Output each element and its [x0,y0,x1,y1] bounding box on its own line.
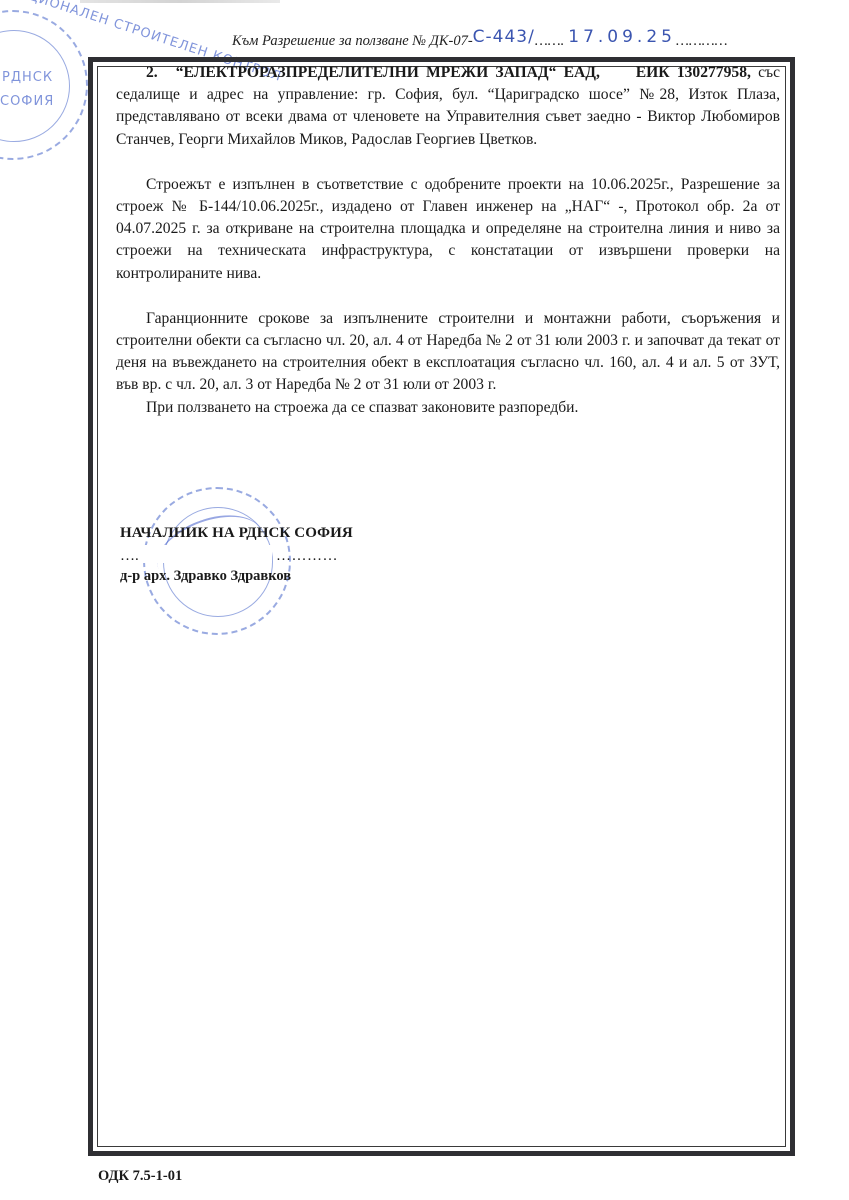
signature-dots-right: ………… [276,548,338,565]
paragraph-applicant: 2.“ЕЛЕКТРОРАЗПРЕДЕЛИТЕЛНИ МРЕЖИ ЗАПАД“ Е… [116,62,780,151]
signature-block: НАЧАЛНИК НА РДНСК СОФИЯ …. ………… д-р арх.… [120,525,420,585]
item-number: 2. [146,64,158,81]
permit-reference: Към Разрешение за ползване № ДК-07-С-443… [232,30,728,50]
paragraph-warranty: Гаранционните срокове за изпълнените стр… [116,308,780,397]
paragraph-usage: При ползването на строежа да се спазват … [116,397,780,419]
reference-prefix: Към Разрешение за ползване № ДК-07- [232,33,473,49]
organization-name: “ЕЛЕКТРОРАЗПРЕДЕЛИТЕЛНИ МРЕЖИ ЗАПАД“ ЕАД… [176,64,600,81]
redacted-signature [142,545,272,563]
reference-dots: ……. [535,33,564,49]
signatory-name: д-р арх. Здравко Здравков [120,568,420,585]
paragraph-compliance: Строежът е изпълнен в съответствие с одо… [116,174,780,285]
stamp-center-line-2: СОФИЯ [0,94,54,109]
handwritten-permit-number: С-443/ [473,27,535,47]
signature-dots-left: …. [120,548,139,565]
eik-value: 130277958, [677,64,751,81]
document-code: ОДК 7.5-1-01 [98,1168,182,1185]
eik-label: ЕИК [636,64,670,81]
stamp-center-line-1: РДНСК [2,70,53,85]
official-stamp: НАЦИОНАЛЕН СТРОИТЕЛЕН КОНТРОЛ РДНСК СОФИ… [0,10,88,160]
scan-artifact [80,0,280,3]
stamp-inner-ring [0,30,70,142]
signatory-title: НАЧАЛНИК НА РДНСК СОФИЯ [120,525,420,542]
reference-dots-end: ………… [676,33,728,49]
document-body: 2.“ЕЛЕКТРОРАЗПРЕДЕЛИТЕЛНИ МРЕЖИ ЗАПАД“ Е… [116,62,780,419]
handwritten-permit-date: 17.09.25 [568,27,676,47]
signature-line: …. ………… [120,548,420,564]
